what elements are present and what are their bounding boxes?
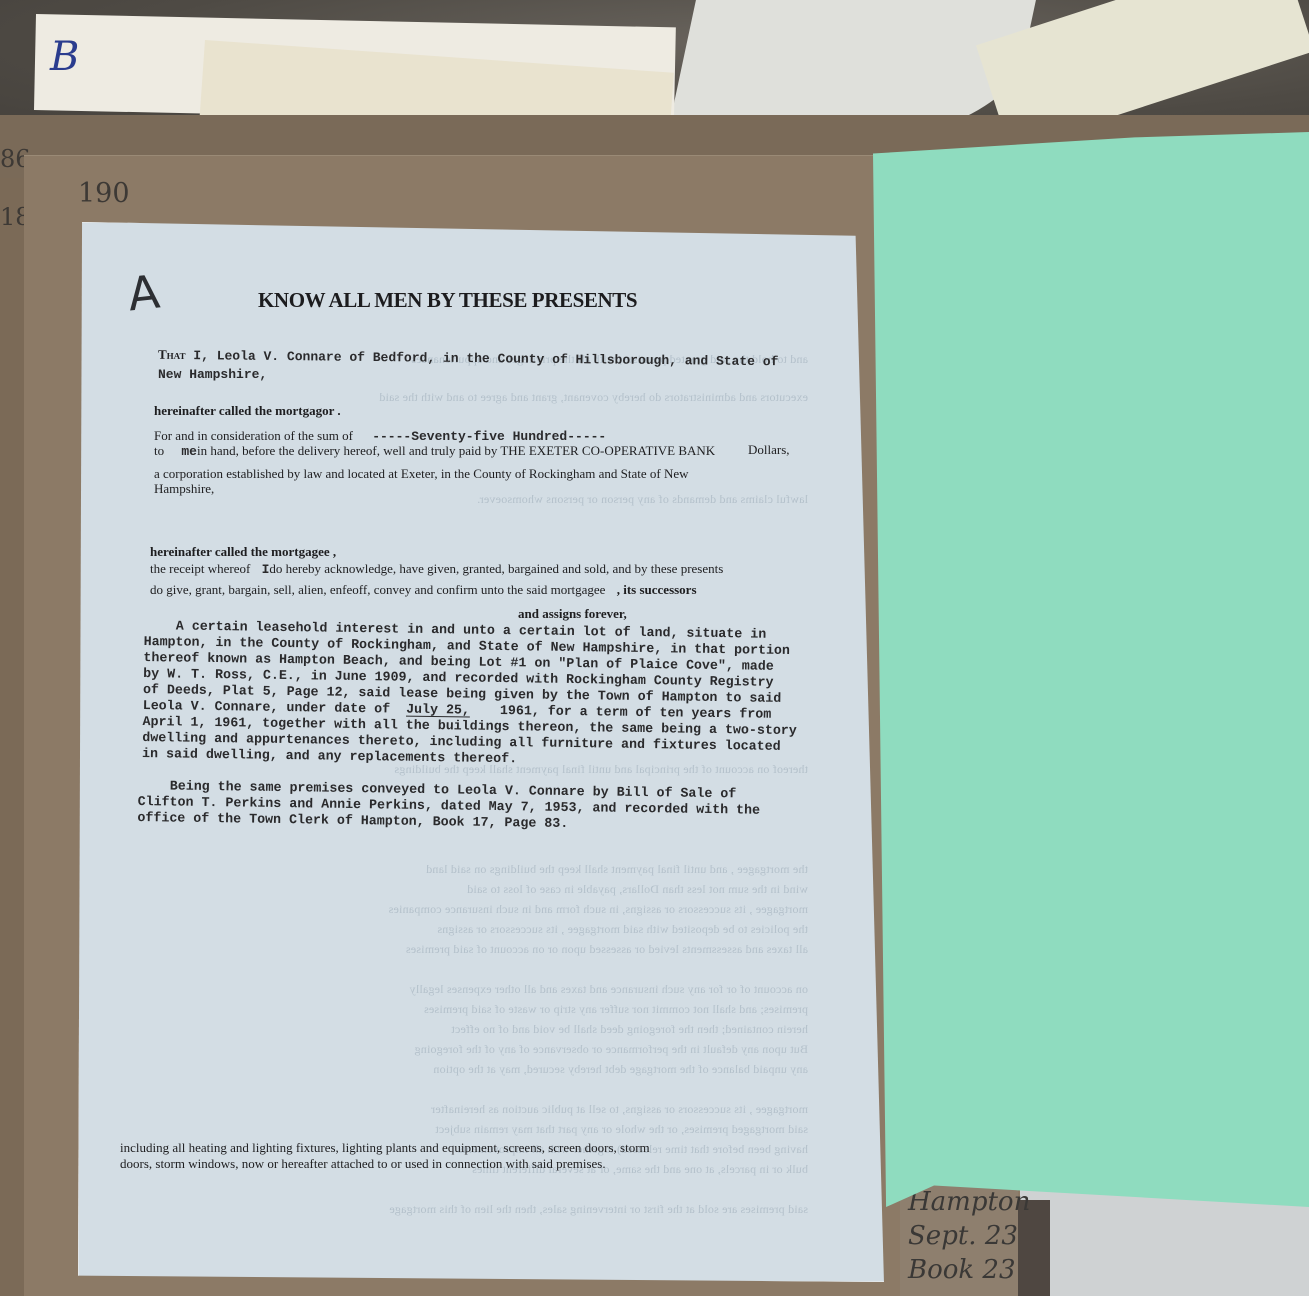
handwritten-note: Hampton Sept. 23 Book 23 xyxy=(900,1185,1018,1296)
conveyance-text: do give, grant, bargain, sell, alien, en… xyxy=(150,582,605,597)
show-through-text: wind in the sum not less than Dollars, p… xyxy=(148,882,808,897)
show-through-text: on account of or for any such insurance … xyxy=(148,982,808,997)
corner-initial-mark: A xyxy=(125,265,162,322)
show-through-text: mortgagee , its successors or assigns, t… xyxy=(148,1102,808,1117)
property-description: A certain leasehold interest in and unto… xyxy=(142,618,874,772)
show-through-text: the mortgagee , and until final payment … xyxy=(148,862,808,877)
description-continued: April 1, 1961, together with all the bui… xyxy=(142,714,873,772)
document-title: KNOW ALL MEN BY THESE PRESENTS xyxy=(258,288,637,313)
fixtures-lines: including all heating and lighting fixtu… xyxy=(120,1140,650,1172)
provenance-paragraph: Being the same premises conveyed to Leol… xyxy=(137,778,868,836)
corporation-line-2: Hampshire, xyxy=(154,481,214,497)
conveyance-tail: , its successors xyxy=(617,582,697,597)
payment-to: to xyxy=(154,443,164,458)
note-line: Book 23 xyxy=(908,1253,1018,1287)
provenance-lines: Being the same premises conveyed to Leol… xyxy=(137,778,868,836)
dollars-label: Dollars, xyxy=(748,442,790,458)
consideration-line: For and in consideration of the sum of -… xyxy=(154,428,606,444)
show-through-text: lawful claims and demands of any person … xyxy=(148,492,808,507)
note-line: Sept. 23 xyxy=(908,1219,1018,1253)
conveyance-line: do give, grant, bargain, sell, alien, en… xyxy=(150,582,697,598)
note-line: Hampton xyxy=(908,1185,1018,1219)
consideration-amount: -----Seventy-five Hundred----- xyxy=(372,429,606,444)
description-lines: A certain leasehold interest in and unto… xyxy=(143,618,874,708)
fixtures-line: including all heating and lighting fixtu… xyxy=(120,1140,650,1156)
show-through-text: said mortgaged premises, or the whole or… xyxy=(148,1122,808,1137)
grantor-lead: That xyxy=(158,347,186,362)
assigns-line: and assigns forever, xyxy=(518,606,627,622)
lease-date-value: July 25, xyxy=(398,702,500,718)
show-through-text: all taxes and assessments levied or asse… xyxy=(148,942,808,957)
show-through-text: herein contained; then the foregoing dee… xyxy=(148,1022,808,1037)
corporation-line: a corporation established by law and loc… xyxy=(154,466,689,482)
mortgagor-line: hereinafter called the mortgagor . xyxy=(154,403,341,419)
mortgagee-line: hereinafter called the mortgagee , xyxy=(150,544,336,560)
grantor-line-2: New Hampshire, xyxy=(158,367,267,382)
green-sheet xyxy=(873,132,1309,1207)
consideration-prefix: For and in consideration of the sum of xyxy=(154,428,353,443)
receipt-line: the receipt whereof Ido hereby acknowled… xyxy=(150,561,723,577)
payment-text: in hand, before the delivery hereof, wel… xyxy=(197,443,715,458)
show-through-text: said premises are sold at the first or i… xyxy=(148,1202,808,1217)
receipt-prefix: the receipt whereof xyxy=(150,561,250,576)
folder-number: 190 xyxy=(78,178,130,209)
mortgage-document: and to hold the said granted premises, w… xyxy=(78,222,888,1282)
show-through-text: any unpaid balance of the mortgage debt … xyxy=(148,1062,808,1077)
payment-line: to mein hand, before the delivery hereof… xyxy=(154,443,715,459)
show-through-text: the policies to be deposited with said m… xyxy=(148,922,808,937)
show-through-text: But upon any default in the performance … xyxy=(148,1042,808,1057)
show-through-text: mortgagee , its successors or assigns, i… xyxy=(148,902,808,917)
payment-me: me xyxy=(181,444,197,459)
card-mark: B xyxy=(50,34,79,80)
fixtures-line: doors, storm windows, now or hereafter a… xyxy=(120,1156,650,1172)
show-through-text: premises; and shall not commit nor suffe… xyxy=(148,1002,808,1017)
fixtures-clause: including all heating and lighting fixtu… xyxy=(120,1140,650,1172)
receipt-text: do hereby acknowledge, have given, grant… xyxy=(269,561,723,576)
